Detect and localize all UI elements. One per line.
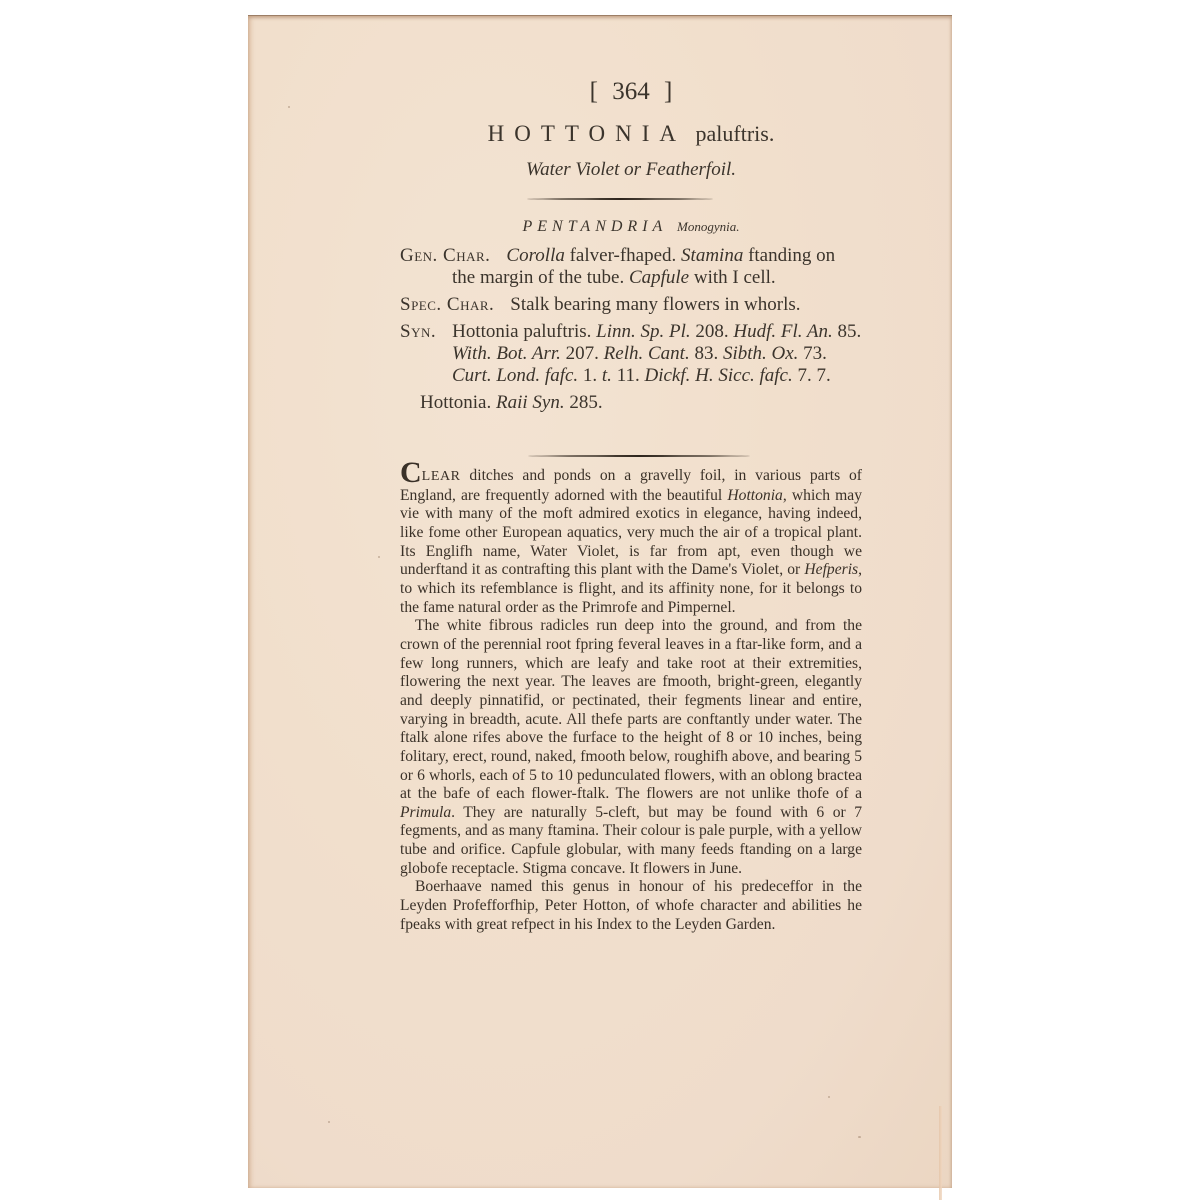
paragraph-1: CLEAR ditches and ponds on a gravelly fo… bbox=[400, 464, 862, 617]
syn-citation: t. bbox=[602, 365, 612, 386]
syn-alt-text: 285. bbox=[565, 392, 603, 413]
syn-citation: Sibth. Ox. bbox=[723, 343, 798, 364]
class-name: PENTANDRIA bbox=[522, 218, 667, 235]
linnaean-classification: PENTANDRIA Monogynia. bbox=[400, 218, 862, 236]
syn-citation: Relh. Cant. bbox=[604, 343, 690, 364]
syn-text: 207. bbox=[561, 343, 604, 364]
genus-name: HOTTONIA bbox=[488, 121, 686, 146]
drop-cap: C bbox=[400, 456, 422, 489]
body-text: CLEAR ditches and ponds on a gravelly fo… bbox=[400, 464, 862, 934]
paragraph-2: The white fibrous radicles run deep into… bbox=[400, 617, 862, 878]
paragraph-italic: Hottonia bbox=[727, 487, 782, 504]
spec-char-text: Stalk bearing many flowers in whorls. bbox=[510, 294, 800, 315]
syn-citation: With. Bot. Arr. bbox=[452, 343, 561, 364]
syn-text: 1. bbox=[578, 365, 602, 386]
spec-char-label: Spec. Char. bbox=[400, 294, 494, 315]
book-page: [ 364 ] HOTTONIA paluftris. Water Violet… bbox=[248, 15, 952, 1188]
paragraph-text: The white fibrous radicles run deep into… bbox=[400, 617, 862, 802]
gen-char-label: Gen. Char. bbox=[400, 245, 490, 266]
syn-alt-text: Hottonia. bbox=[420, 392, 496, 413]
page-fold-crease bbox=[939, 1106, 942, 1200]
syn-text: Hottonia paluftris. bbox=[452, 321, 596, 342]
syn-text: 7. 7. bbox=[793, 365, 831, 386]
syn-alt-citation: Raii Syn. bbox=[496, 392, 565, 413]
paper-speck bbox=[288, 106, 290, 108]
syn-text: 208. bbox=[691, 321, 734, 342]
paper-speck bbox=[858, 1136, 861, 1138]
gen-char-text: falver-fhaped. bbox=[565, 245, 681, 266]
gen-char-text: Capfule bbox=[629, 267, 689, 288]
synonyms: Syn.Hottonia paluftris. Linn. Sp. Pl. 20… bbox=[400, 321, 862, 387]
gen-char-text: Stamina bbox=[681, 245, 743, 266]
gen-char-text: Corolla bbox=[506, 245, 564, 266]
syn-citation: Curt. Lond. fafc. bbox=[452, 365, 578, 386]
page-number: [ 364 ] bbox=[400, 78, 862, 106]
divider-rule bbox=[527, 198, 713, 200]
syn-citation: Hudf. Fl. An. bbox=[733, 321, 832, 342]
synonym-alt: Hottonia. Raii Syn. 285. bbox=[400, 392, 862, 414]
order-name: Monogynia. bbox=[677, 219, 739, 234]
syn-citation: Linn. Sp. Pl. bbox=[596, 321, 690, 342]
syn-text: 73. bbox=[798, 343, 827, 364]
syn-text: 11. bbox=[612, 365, 645, 386]
paragraph-italic: Primula bbox=[400, 804, 451, 821]
syn-text: 85. bbox=[833, 321, 862, 342]
syn-text: 83. bbox=[690, 343, 723, 364]
syn-label: Syn. bbox=[400, 321, 436, 342]
paper-speck bbox=[378, 556, 380, 558]
common-name: Water Violet or Featherfoil. bbox=[400, 159, 862, 181]
generic-character: Gen. Char.Corolla falver-fhaped. Stamina… bbox=[400, 245, 862, 289]
small-caps-lead: LEAR bbox=[422, 469, 461, 484]
divider-rule bbox=[528, 455, 750, 457]
paragraph-italic: Hefperis bbox=[804, 561, 858, 578]
species-name: paluftris. bbox=[696, 121, 775, 146]
paper-speck bbox=[828, 1096, 830, 1098]
characters-block: Gen. Char.Corolla falver-fhaped. Stamina… bbox=[400, 245, 862, 414]
paragraph-3: Boerhaave named this genus in honour of … bbox=[400, 878, 862, 934]
gen-char-text: with I cell. bbox=[689, 267, 776, 288]
paragraph-text: . They are naturally 5-cleft, but may be… bbox=[400, 804, 862, 877]
paper-speck bbox=[328, 1121, 330, 1123]
syn-citation: Dickf. H. Sicc. fafc. bbox=[644, 365, 792, 386]
specific-character: Spec. Char.Stalk bearing many flowers in… bbox=[400, 294, 862, 316]
page-title: HOTTONIA paluftris. bbox=[400, 121, 862, 147]
